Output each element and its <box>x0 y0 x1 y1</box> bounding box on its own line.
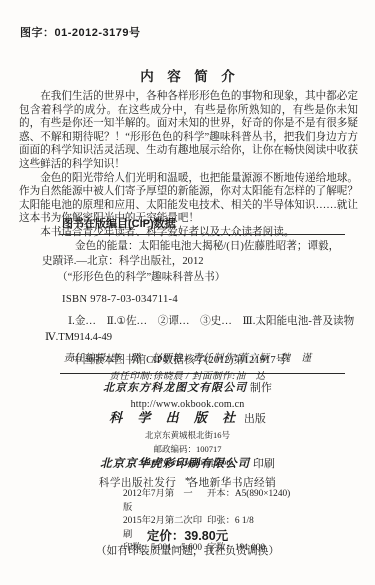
printer-company: 北京京华虎彩印刷有限公司 <box>100 458 250 470</box>
printer-company-line: 北京京华虎彩印刷有限公司 印刷 <box>0 455 375 471</box>
cip-heading: 图书在版编目(CIP)数据 <box>62 217 375 231</box>
price-line: 定价：39.80元 <box>0 526 375 544</box>
divider-star: * <box>0 478 375 486</box>
cip-rule-top <box>60 234 345 235</box>
credits-editors: 责任编辑:唐 璐 赵丽艳 / 责任制作:董立颖 魏 谨 <box>0 349 375 364</box>
publisher-postcode: 邮政编码：100717 <box>0 443 375 455</box>
publisher-name: 科 学 出 版 社 <box>109 410 241 425</box>
register-number: 图字：01-2012-3179号 <box>20 24 141 40</box>
cip-entry-line1: 金色的能量：太阳能电池大揭秘/(日)佐藤胜昭著；谭毅， <box>75 240 355 254</box>
intro-paragraph-1: 在我们生活的世界中，各种各样形形色色的事物和现象，其中都必定包含着科学的成分。在… <box>19 90 358 172</box>
cip-classification-2: Ⅳ.TM914.4-49 <box>45 331 355 345</box>
production-company: 北京东方科龙图文有限公司 <box>103 382 247 394</box>
quality-note: （如有印装质量问题，我社负责调换） <box>0 543 375 558</box>
credits-block: 责任编辑:唐 璐 赵丽艳 / 责任制作:董立颖 魏 谨 责任印制:徐晓晨 / 封… <box>0 349 375 382</box>
cip-series: （“形形色色的科学”趣味科普丛书） <box>57 271 355 285</box>
publisher-name-line: 科 学 出 版 社 出版 <box>0 407 375 427</box>
production-company-line: 北京东方科龙图文有限公司 制作 <box>0 379 375 395</box>
cip-isbn: ISBN 978-7-03-034711-4 <box>62 293 355 307</box>
production-block: 北京东方科龙图文有限公司 制作 http://www.okbook.com.cn <box>0 379 375 410</box>
cip-classification-1: Ⅰ.金… Ⅱ.①佐… ②谭… ③史… Ⅲ.太阳能电池-普及读物 <box>68 315 365 329</box>
colophon-row: 2012年7月第 一 版 开本：A5(890×1240) <box>123 488 363 515</box>
edition-info: 2012年7月第 一 版 <box>123 488 207 515</box>
cip-entry-line2: 史蹟译.—北京：科学出版社，2012 <box>42 255 355 269</box>
production-role: 制作 <box>247 382 272 394</box>
copyright-page: 图字：01-2012-3179号 内 容 简 介 在我们生活的世界中，各种各样形… <box>0 0 375 585</box>
format-info: 开本：A5(890×1240) <box>207 488 363 515</box>
publisher-role: 出版 <box>241 413 266 425</box>
intro-title: 内 容 简 介 <box>0 65 375 85</box>
printer-role: 印刷 <box>250 458 275 470</box>
publisher-address: 北京东黄城根北街16号 <box>0 429 375 441</box>
